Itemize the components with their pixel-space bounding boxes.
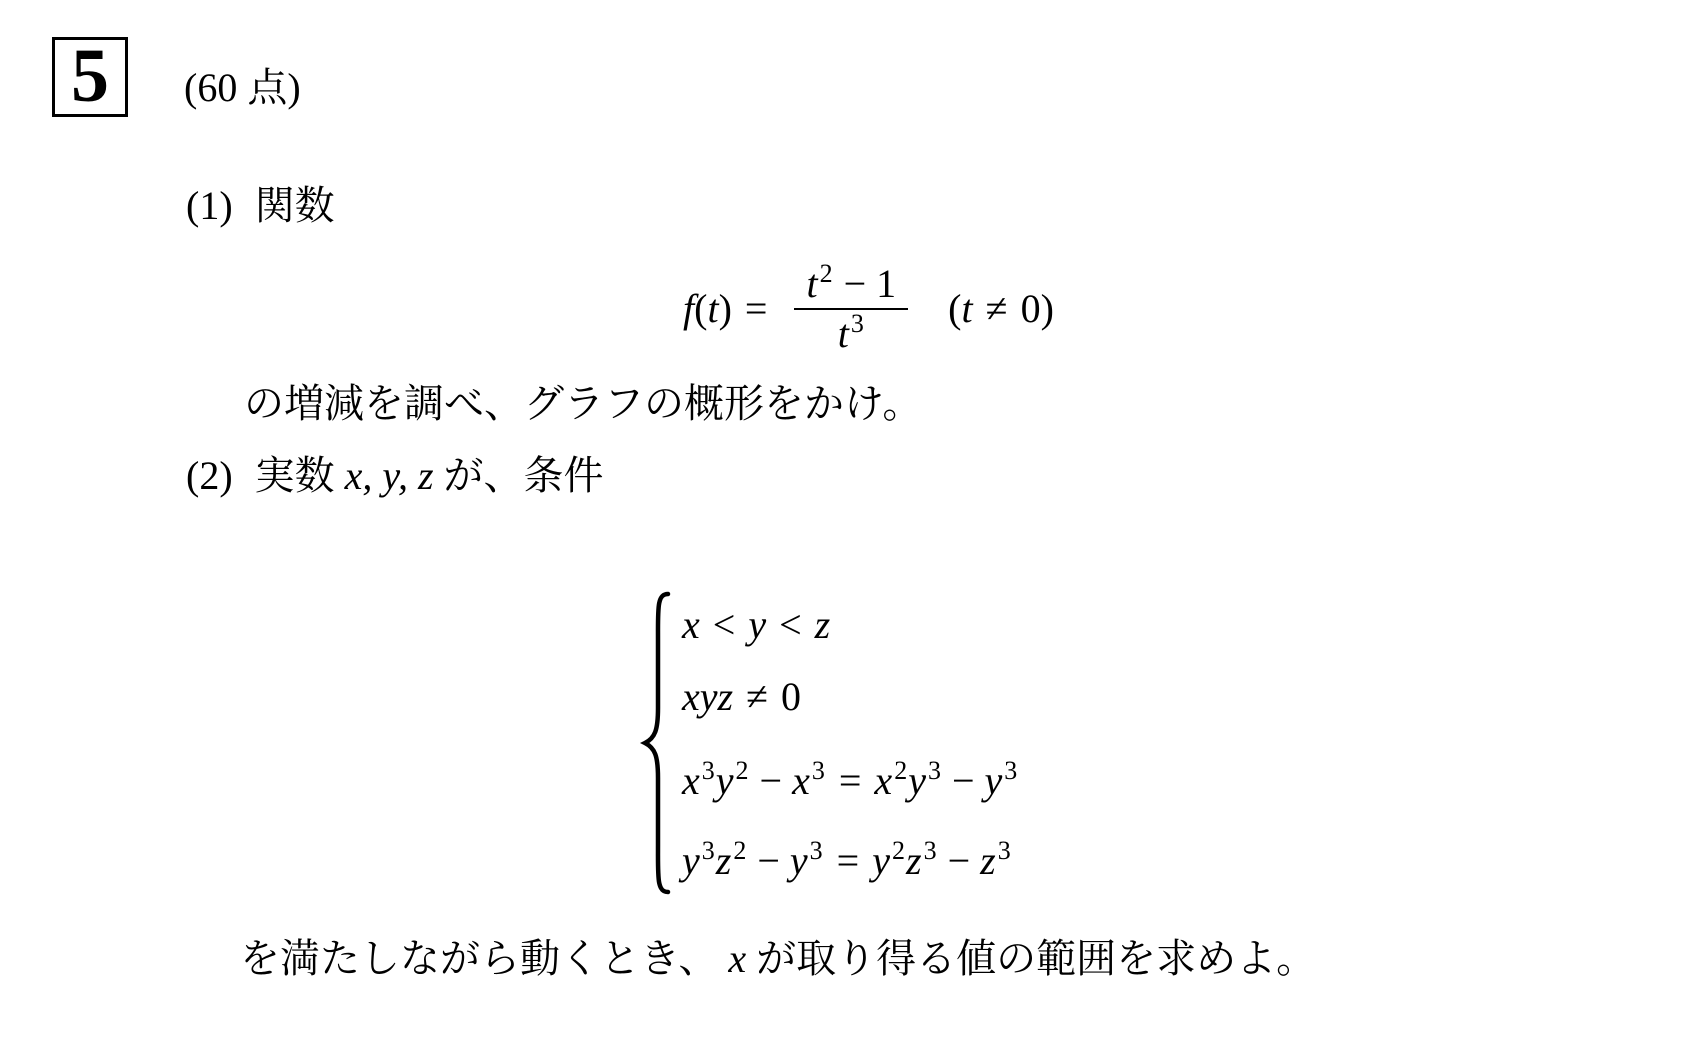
part2-heading: (2)実数x, y, zが、条件 bbox=[186, 456, 604, 496]
fraction-numerator: t2−1 bbox=[794, 260, 908, 308]
system-condition-3: x3y2−x3=x2y3−y3 bbox=[682, 761, 1018, 801]
math-operator: − bbox=[757, 838, 780, 883]
system-condition-2: xyz≠0 bbox=[682, 677, 801, 717]
problem-number: 5 bbox=[71, 38, 109, 114]
math-exponent: 2 bbox=[820, 259, 833, 288]
problem-number-box: 5 bbox=[52, 37, 128, 117]
math-var: x bbox=[682, 758, 700, 803]
math-operator: − bbox=[760, 758, 783, 803]
math-operator: − bbox=[844, 261, 867, 306]
part2-intro-pre: 実数 bbox=[255, 453, 335, 498]
math-var: z bbox=[716, 838, 732, 883]
math-var: z bbox=[815, 602, 831, 647]
math-var: y bbox=[908, 758, 926, 803]
math-equals: = bbox=[839, 758, 862, 803]
math-paren: ( bbox=[948, 286, 961, 331]
math-exponent: 3 bbox=[998, 836, 1011, 865]
math-exponent: 3 bbox=[812, 756, 825, 785]
math-var: y bbox=[748, 602, 766, 647]
math-var: t bbox=[961, 286, 972, 331]
math-equals: = bbox=[837, 838, 860, 883]
part1-number: (1) bbox=[186, 183, 233, 228]
math-var: y bbox=[872, 838, 890, 883]
part1-heading: (1)関数 bbox=[186, 186, 335, 226]
math-number: 0 bbox=[781, 674, 801, 719]
math-number: 1 bbox=[876, 261, 896, 306]
math-operator: − bbox=[948, 838, 971, 883]
math-exponent: 3 bbox=[928, 756, 941, 785]
math-var: t bbox=[806, 261, 817, 306]
part1-intro: 関数 bbox=[255, 183, 335, 228]
math-var: x bbox=[792, 758, 810, 803]
math-operator: − bbox=[952, 758, 975, 803]
part2-number: (2) bbox=[186, 453, 233, 498]
math-var: x bbox=[682, 602, 700, 647]
math-exponent: 3 bbox=[851, 309, 864, 338]
math-vars: xyz bbox=[682, 674, 733, 719]
math-exponent: 2 bbox=[892, 836, 905, 865]
math-exponent: 3 bbox=[810, 836, 823, 865]
points-label: (60 点) bbox=[184, 68, 301, 108]
math-paren: ( bbox=[694, 286, 707, 331]
math-var: y bbox=[790, 838, 808, 883]
math-exponent: 2 bbox=[894, 756, 907, 785]
math-paren: ) bbox=[1041, 286, 1054, 331]
math-exponent: 3 bbox=[924, 836, 937, 865]
function-definition-formula: f(t)= t2−1 t3 (t≠0) bbox=[683, 260, 1054, 358]
part1-instruction: の増減を調べ、グラフの概形をかけ。 bbox=[244, 384, 922, 424]
exam-page: 5 (60 点) (1)関数 f(t)= t2−1 t3 (t≠0) の増減を調… bbox=[0, 0, 1705, 1057]
math-less-than: < bbox=[779, 602, 802, 647]
part2-instruction-post: が取り得る値の範囲を求めよ。 bbox=[756, 936, 1316, 981]
math-exponent: 2 bbox=[736, 756, 749, 785]
part2-intro-post: が、条件 bbox=[444, 453, 604, 498]
system-condition-4: y3z2−y3=y2z3−z3 bbox=[682, 841, 1012, 881]
system-condition-1: x<y<z bbox=[682, 605, 830, 645]
math-exponent: 3 bbox=[1004, 756, 1017, 785]
math-var: y bbox=[682, 838, 700, 883]
math-var: x bbox=[728, 936, 746, 981]
left-curly-brace-icon bbox=[636, 588, 676, 904]
condition-system: x<y<z xyz≠0 x3y2−x3=x2y3−y3 y3z2−y3=y2z3… bbox=[636, 588, 1116, 904]
math-var: y bbox=[716, 758, 734, 803]
math-number: 0 bbox=[1021, 286, 1041, 331]
math-var: y bbox=[985, 758, 1003, 803]
part2-instruction-pre: を満たしながら動くとき、 bbox=[240, 936, 718, 981]
math-neq: ≠ bbox=[986, 286, 1008, 331]
math-var: z bbox=[980, 838, 996, 883]
formula-lhs: f(t)= bbox=[683, 289, 780, 329]
math-var: x bbox=[874, 758, 892, 803]
math-var: t bbox=[707, 286, 718, 331]
math-exponent: 3 bbox=[702, 836, 715, 865]
math-func-name: f bbox=[683, 286, 694, 331]
math-var: t bbox=[838, 311, 849, 356]
math-neq: ≠ bbox=[746, 674, 768, 719]
math-exponent: 3 bbox=[702, 756, 715, 785]
math-var: z bbox=[906, 838, 922, 883]
part2-instruction: を満たしながら動くとき、xが取り得る値の範囲を求めよ。 bbox=[240, 939, 1316, 979]
domain-condition: (t≠0) bbox=[948, 289, 1054, 329]
math-paren: ) bbox=[719, 286, 732, 331]
fraction: t2−1 t3 bbox=[794, 260, 908, 358]
math-equals: = bbox=[745, 286, 768, 331]
math-exponent: 2 bbox=[733, 836, 746, 865]
fraction-denominator: t3 bbox=[826, 310, 877, 358]
math-less-than: < bbox=[713, 602, 736, 647]
math-vars: x, y, z bbox=[345, 453, 434, 498]
